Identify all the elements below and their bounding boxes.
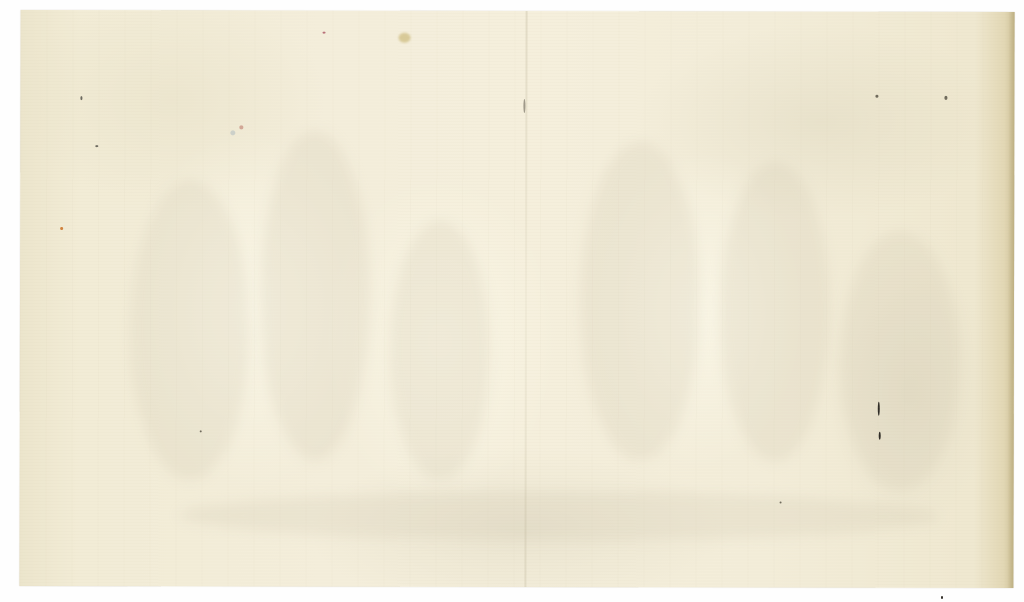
paper-right-edge	[1007, 12, 1014, 588]
show-through-figure	[840, 232, 961, 492]
show-through-ground	[179, 490, 939, 542]
speck-mark	[941, 596, 943, 599]
speck-mark	[323, 32, 326, 34]
show-through-figure	[720, 161, 831, 461]
speck-mark	[239, 125, 243, 129]
show-through-figure	[390, 221, 491, 481]
speck-mark	[230, 130, 235, 135]
speck-mark	[200, 430, 202, 432]
speck-mark	[523, 99, 525, 113]
stain-mark	[399, 33, 411, 43]
speck-mark	[944, 96, 947, 100]
speck-mark	[80, 96, 82, 100]
speck-mark	[780, 502, 782, 504]
show-through-figure	[260, 130, 371, 460]
scanned-paper-image	[0, 0, 1024, 602]
show-through-figure	[130, 180, 251, 480]
speck-mark	[879, 432, 881, 440]
show-through-figure	[580, 141, 701, 461]
paper-sheet	[19, 10, 1014, 588]
speck-mark	[60, 227, 63, 230]
speck-mark	[878, 402, 880, 416]
speck-mark	[875, 95, 878, 98]
speck-mark	[95, 145, 98, 147]
